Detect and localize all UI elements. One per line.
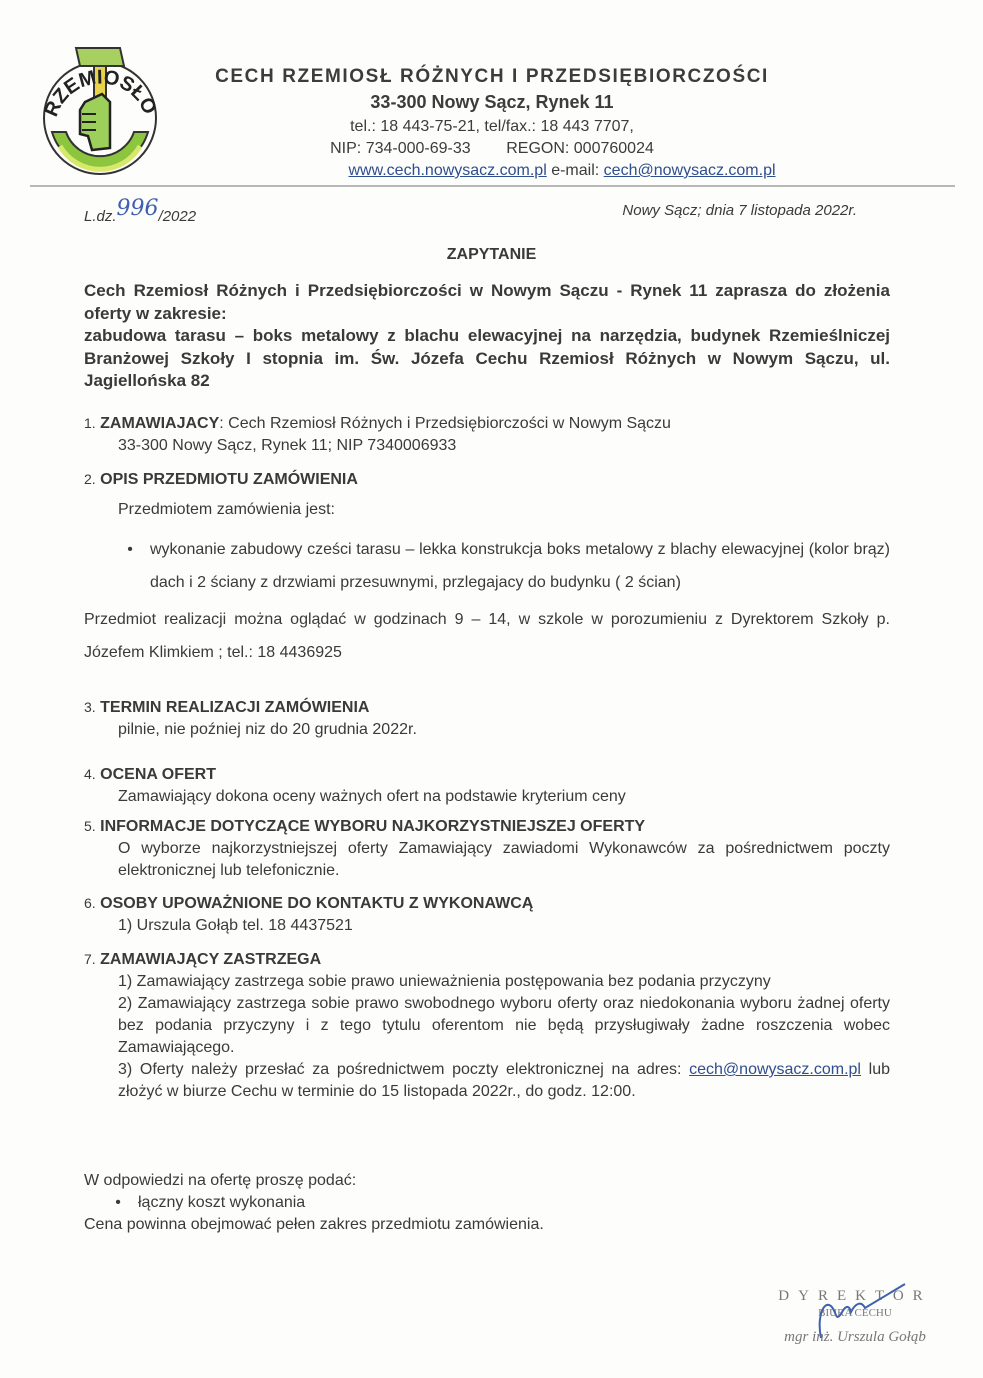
section-line: O wyborze najkorzystniejszej oferty Zama…	[84, 838, 890, 882]
org-address: 33-300 Nowy Sącz, Rynek 11	[192, 92, 792, 113]
section-number: 1.	[84, 415, 96, 431]
section-heading: ZAMAWIAJĄCY ZASTRZEGA	[100, 951, 321, 968]
section-number: 6.	[84, 895, 96, 911]
section-heading: OPIS PRZEDMIOTU ZAMÓWIENIA	[100, 471, 358, 488]
item3-text: 3) Oferty należy przesłać za pośrednictw…	[118, 1061, 681, 1078]
org-nip: NIP: 734-000-69-33	[330, 140, 471, 157]
bullet-item: • wykonanie zabudowy cześci tarasu – lek…	[84, 533, 890, 599]
closing: W odpowiedzi na ofertę proszę podać: • ł…	[84, 1170, 890, 1236]
ldz-prefix: L.dz.	[84, 208, 117, 225]
section-number: 5.	[84, 818, 96, 834]
section-1: 1. ZAMAWIAJACY: Cech Rzemiosł Różnych i …	[84, 412, 890, 457]
offer-email-link[interactable]: cech@nowysacz.com.pl	[689, 1061, 861, 1078]
section-2: 2. OPIS PRZEDMIOTU ZAMÓWIENIA Przedmiote…	[84, 468, 890, 669]
website-link[interactable]: www.cech.nowysacz.com.pl	[348, 162, 546, 179]
section-line: 1) Zamawiający zastrzega sobie prawo uni…	[84, 971, 890, 993]
section-line: pilnie, nie poźniej niz do 20 grudnia 20…	[84, 719, 890, 741]
section-number: 4.	[84, 766, 96, 782]
section-line: Zamawiający dokona oceny ważnych ofert n…	[84, 786, 890, 808]
bullet-text: łączny koszt wykonania	[138, 1192, 305, 1214]
ldz-handwritten: 996	[117, 196, 159, 221]
section-heading: INFORMACJE DOTYCZĄCE WYBORU NAJKORZYSTNI…	[100, 818, 645, 835]
intro-line: zabudowa tarasu – boks metalowy z blachu…	[84, 325, 890, 393]
section-line: 3) Oferty należy przesłać za pośrednictw…	[84, 1059, 890, 1103]
intro: Cech Rzemiosł Różnych i Przedsiębiorczoś…	[84, 280, 890, 393]
org-name: CECH RZEMIOSŁ RÓŻNYCH I PRZEDSIĘBIORCZOŚ…	[192, 66, 792, 88]
section-heading: OSOBY UPOWAŻNIONE DO KONTAKTU Z WYKONAWC…	[100, 895, 533, 912]
section-heading: OCENA OFERT	[100, 766, 216, 783]
intro-line: Cech Rzemiosł Różnych i Przedsiębiorczoś…	[84, 280, 890, 325]
section-4: 4. OCENA OFERT Zamawiający dokona oceny …	[84, 763, 890, 808]
section-line: 1) Urszula Gołąb tel. 18 4437521	[84, 915, 890, 937]
bullet-icon: •	[98, 1192, 138, 1214]
bullet-icon: •	[110, 533, 150, 599]
section-heading: ZAMAWIAJACY	[100, 415, 219, 432]
org-regon: REGON: 000760024	[506, 140, 654, 157]
rzemioslo-logo: RZEMIOSŁO	[30, 40, 170, 180]
closing-lead: W odpowiedzi na ofertę proszę podać:	[84, 1170, 890, 1192]
place-date: Nowy Sącz; dnia 7 listopada 2022r.	[622, 202, 857, 219]
closing-final: Cena powinna obejmować pełen zakres prze…	[84, 1214, 890, 1236]
section-number: 3.	[84, 699, 96, 715]
section-heading: TERMIN REALIZACJI ZAMÓWIENIA	[100, 699, 369, 716]
section-number: 2.	[84, 471, 96, 487]
ldz-suffix: /2022	[159, 208, 197, 225]
email-link[interactable]: cech@nowysacz.com.pl	[604, 162, 776, 179]
bullet-text: wykonanie zabudowy cześci tarasu – lekka…	[150, 533, 890, 599]
section-line: 33-300 Nowy Sącz, Rynek 11; NIP 73400069…	[84, 435, 890, 457]
section-6: 6. OSOBY UPOWAŻNIONE DO KONTAKTU Z WYKON…	[84, 892, 890, 937]
closing-bullet: • łączny koszt wykonania	[84, 1192, 890, 1214]
header-divider	[30, 185, 955, 187]
section-note: Przedmiot realizacji można oglądać w god…	[84, 603, 890, 669]
email-label: e-mail:	[551, 162, 599, 179]
org-ids: NIP: 734-000-69-33 REGON: 000760024	[192, 140, 792, 158]
org-contacts: www.cech.nowysacz.com.pl e-mail: cech@no…	[262, 162, 862, 180]
section-line: Przedmiotem zamówienia jest:	[84, 499, 890, 521]
document-title: ZAPYTANIE	[0, 246, 983, 264]
section-5: 5. INFORMACJE DOTYCZĄCE WYBORU NAJKORZYS…	[84, 815, 890, 882]
handwritten-signature	[813, 1278, 913, 1348]
reference-number: L.dz.996/2022	[84, 202, 196, 227]
section-number: 7.	[84, 951, 96, 967]
section-3: 3. TERMIN REALIZACJI ZAMÓWIENIA pilnie, …	[84, 696, 890, 741]
section-inline: : Cech Rzemiosł Różnych i Przedsiębiorcz…	[219, 415, 671, 432]
section-7: 7. ZAMAWIAJĄCY ZASTRZEGA 1) Zamawiający …	[84, 948, 890, 1103]
org-phones: tel.: 18 443-75-21, tel/fax.: 18 443 770…	[192, 118, 792, 136]
section-line: 2) Zamawiający zastrzega sobie prawo swo…	[84, 993, 890, 1059]
